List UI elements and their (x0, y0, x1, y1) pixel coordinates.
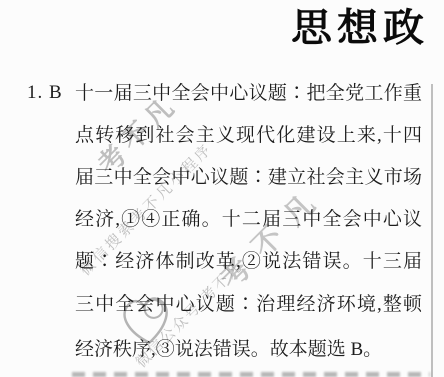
watermark-text: 考不凡 (210, 173, 334, 297)
answer-line: 届三中全会中心议题∶建立社会主义市场 (75, 166, 422, 189)
answer-sheet-page: 考不凡 微信搜索考不凡小程序 考不凡 微信公众号:考不凡 思想政 1. B 十一… (0, 0, 444, 377)
page-title: 思想政 (291, 5, 429, 50)
answer-line: 经济秩序,③说法错误。故本题选 B。 (75, 338, 422, 361)
answer-line: 经济,①④正确。十二届三中全会中心议 (75, 208, 422, 231)
answer-line: 三中全会中心议题∶治理经济环境,整顿 (75, 293, 422, 316)
answer-number: 1. B (27, 82, 63, 104)
answer-line: 十一届三中全会中心议题∶把全党工作重 (75, 82, 422, 105)
column-divider (431, 84, 433, 377)
cutoff-next-line (72, 372, 430, 377)
answer-line: 题∶经济体制改革,②说法错误。十三届 (75, 250, 422, 273)
answer-line: 点转移到社会主义现代化建设上来,十四 (75, 124, 422, 147)
